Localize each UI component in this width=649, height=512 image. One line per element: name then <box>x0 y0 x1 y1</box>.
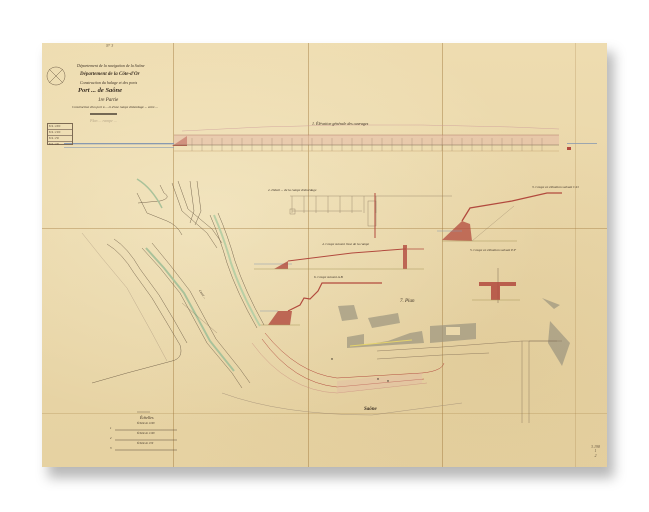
header-line-5: 1re Partie <box>98 98 118 103</box>
elevation-title: 1. Élévation générale des ouvrages <box>312 122 368 126</box>
section-mid <box>254 245 424 269</box>
header-note: Construction d'un port à ... et d'une ra… <box>72 106 158 109</box>
section-mid-title: 4. Coupe suivant l'axe de la rampe <box>322 243 369 246</box>
scale-row-label: Échelle de 1/200 <box>137 423 154 426</box>
general-elevation <box>64 125 597 151</box>
scale-legend-box: Ech. 1/200 Ech. 1/100 Ech. 1/50 Ech. 1/2… <box>47 123 73 145</box>
header-line-1: Département de la navigation de la Saône <box>77 64 145 68</box>
section-right-top-title: 3. Coupe en élévation suivant C.D <box>532 186 579 189</box>
header-line-2: Département de la Côte-d'Or <box>80 72 140 77</box>
section-right-mid <box>472 268 520 303</box>
compass-rose-icon <box>47 67 65 85</box>
legend-row: Ech. 1/20 <box>48 142 72 147</box>
scale-row-label: Échelle de 1/50 <box>137 443 153 446</box>
scale-row: 1 <box>110 427 112 430</box>
detail-title: 2. Détail ... de la rampe d'abordage <box>268 189 316 192</box>
scales-title: Échelles <box>140 416 154 420</box>
section-right-top <box>437 193 562 241</box>
scale-row-label: Échelle de 1/100 <box>137 433 154 436</box>
detail-rampe <box>290 193 452 238</box>
top-stamp: N° 3 <box>106 44 113 48</box>
header-line-4: Port ... de Saône <box>78 88 122 95</box>
section-low-title: 6. Coupe suivant A.B <box>314 276 343 279</box>
river-label: Saône <box>364 407 377 412</box>
plan-title: 7. Plan <box>400 299 414 304</box>
header-line-3: Construction du halage et des ports <box>80 81 137 85</box>
scale-row: 2 <box>110 437 112 440</box>
drawing-sheet: N° 3 Département de la navigation de la … <box>42 43 607 467</box>
section-right-mid-title: 5. Coupe en élévation suivant E.F <box>470 249 516 252</box>
header-faint-note: Plan ... rampe ... <box>90 119 117 123</box>
plan-ramp <box>222 333 462 415</box>
plan-canal <box>82 179 264 388</box>
scale-row: 3 <box>110 447 112 450</box>
archive-stamp: 3.198 1 2 <box>591 445 600 458</box>
section-low <box>260 283 382 325</box>
